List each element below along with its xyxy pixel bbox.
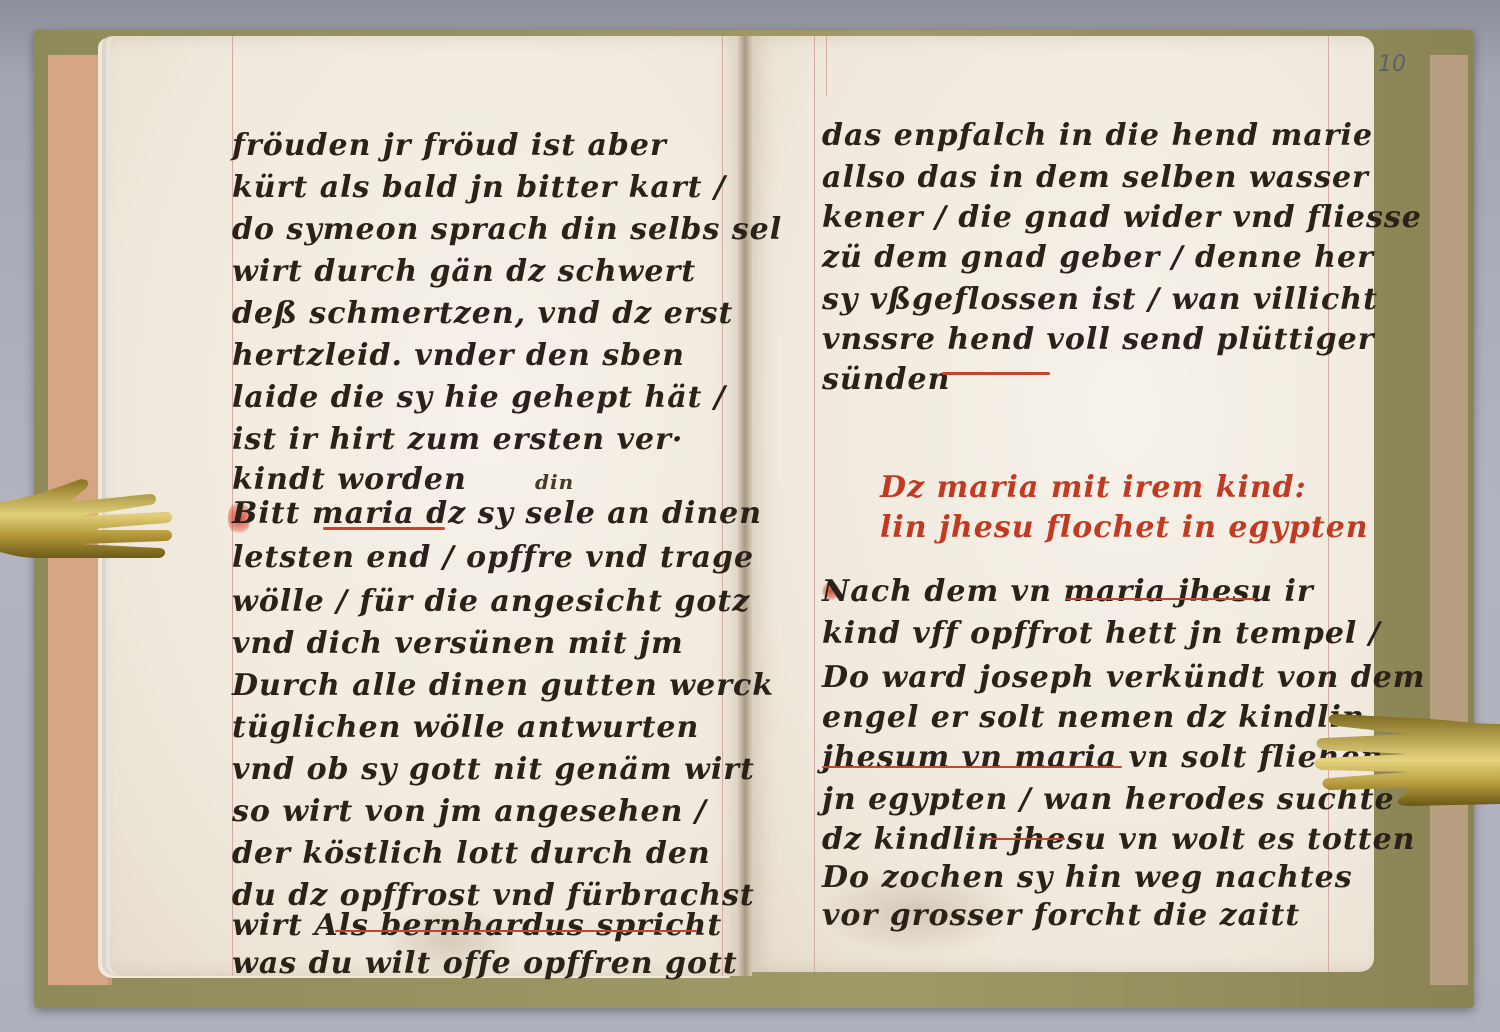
text-line: Do ward joseph verkündt von dem (822, 660, 1426, 695)
text-line: dz kindlin jhesu vn wolt es totten (822, 822, 1416, 857)
rubric-heading-line: Dz maria mit irem kind: (880, 470, 1307, 505)
text-line: vnd ob sy gott nit genäm wirt (232, 752, 755, 787)
text-line: wirt Als bernhardus spricht (232, 908, 722, 943)
text-line: Nach dem vn maria jhesu ir (822, 574, 1314, 609)
hand-icon (1308, 710, 1500, 806)
folio-number: 10 (1378, 52, 1406, 77)
text-line: Durch alle dinen gutten werck (232, 668, 774, 703)
text-line: vnssre hend voll send plüttiger (822, 322, 1375, 357)
rubric-underline (822, 766, 1122, 768)
interlinear-gloss: din (535, 470, 574, 494)
text-line: vnd dich versünen mit jm (232, 626, 684, 661)
text-line: ist ir hirt zum ersten ver· (232, 422, 683, 457)
line-filler-stroke (942, 372, 1050, 375)
text-line: engel er solt nemen dz kindlin (822, 700, 1365, 735)
text-line: vor grosser forcht die zaitt (822, 898, 1300, 933)
text-line: deß schmertzen, vnd dz erst (232, 296, 733, 331)
text-line: der köstlich lott durch den (232, 836, 711, 871)
text-line: zü dem gnad geber / denne her (822, 240, 1374, 275)
rubric-underline (323, 527, 445, 530)
rubric-heading-line: lin jhesu flochet in egypten (880, 510, 1369, 545)
text-line: sünden (822, 362, 950, 397)
text-line: wölle / für die angesicht gotz (232, 584, 750, 619)
text-line: hertzleid. vnder den sben (232, 338, 685, 373)
text-line: fröuden jr fröud ist aber (232, 128, 667, 163)
text-line: Bitt maria dz sy sele an dinen (232, 496, 762, 531)
text-line: letsten end / opffre vnd trage (232, 540, 754, 575)
rubric-underline (985, 838, 1065, 840)
left-brass-hand-weight (0, 472, 172, 558)
text-line: kürt als bald jn bitter kart / (232, 170, 726, 205)
text-line: so wirt von jm angesehen / (232, 794, 707, 829)
hand-icon (0, 472, 172, 558)
rubric-underline (335, 930, 697, 932)
text-line: Do zochen sy hin weg nachtes (822, 860, 1353, 895)
text-line: jhesum vn maria vn solt fliehen (822, 740, 1383, 775)
text-line: allso das in dem selben wasser (822, 160, 1369, 195)
text-line: kind vff opffrot hett jn tempel / (822, 616, 1381, 651)
text-line: do symeon sprach din selbs sel (232, 212, 782, 247)
text-line: sy vßgeflossen ist / wan villicht (822, 282, 1378, 317)
text-line: laide die sy hie gehept hät / (232, 380, 726, 415)
ruling-line (814, 36, 815, 972)
text-line: das enpfalch in die hend marie (822, 118, 1373, 153)
text-line: kindt worden (232, 462, 467, 497)
ruling-line (826, 36, 827, 96)
text-line: was du wilt offe opffren gott (232, 946, 738, 981)
text-line: wirt durch gän dz schwert (232, 254, 696, 289)
text-line: kener / die gnad wider vnd fliesse (822, 200, 1422, 235)
right-pastedown (1430, 55, 1468, 985)
right-brass-hand-weight (1308, 710, 1500, 806)
rubric-underline (1066, 598, 1256, 600)
text-line: tüglichen wölle antwurten (232, 710, 699, 745)
